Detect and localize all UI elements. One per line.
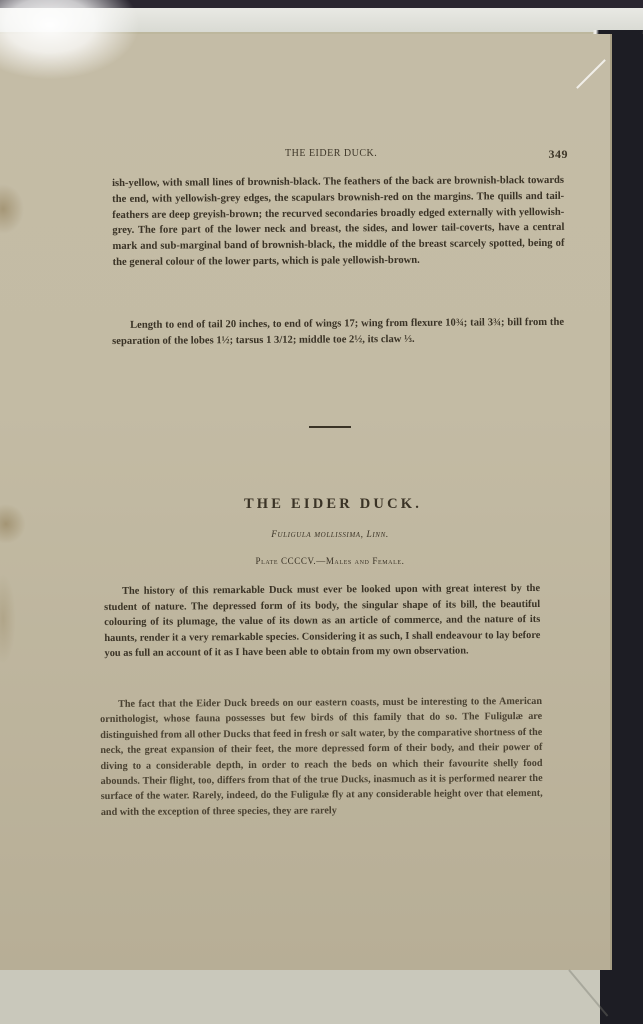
body-paragraph: The fact that the Eider Duck breeds on o… [100,694,543,820]
running-head: THE EIDER DUCK. 349 [100,148,580,164]
fact-section: The fact that the Eider Duck breeds on o… [100,694,543,820]
history-section: The history of this remarkable Duck must… [104,581,541,662]
body-paragraph: The history of this remarkable Duck must… [104,581,541,662]
latin-name: Fuligula mollissima, Linn. [230,530,430,540]
sleeve-scratch [576,59,606,89]
continued-description: ish-yellow, with small lines of brownish… [112,173,565,271]
foxing-stain [0,184,24,234]
measurements-paragraph: Length to end of tail 20 inches, to end … [112,315,564,350]
mat-bottom [0,970,600,1024]
description-paragraph: ish-yellow, with small lines of brownish… [112,173,565,271]
foxing-stain [0,504,26,544]
plate-reference: Plate CCCCV.—Males and Female. [210,556,450,566]
section-divider [309,426,351,428]
foxing-stain [0,574,16,664]
running-head-title: THE EIDER DUCK. [285,148,377,159]
article-title: THE EIDER DUCK. [218,496,448,513]
page-number: 349 [549,147,569,162]
measurements: Length to end of tail 20 inches, to end … [112,315,564,350]
